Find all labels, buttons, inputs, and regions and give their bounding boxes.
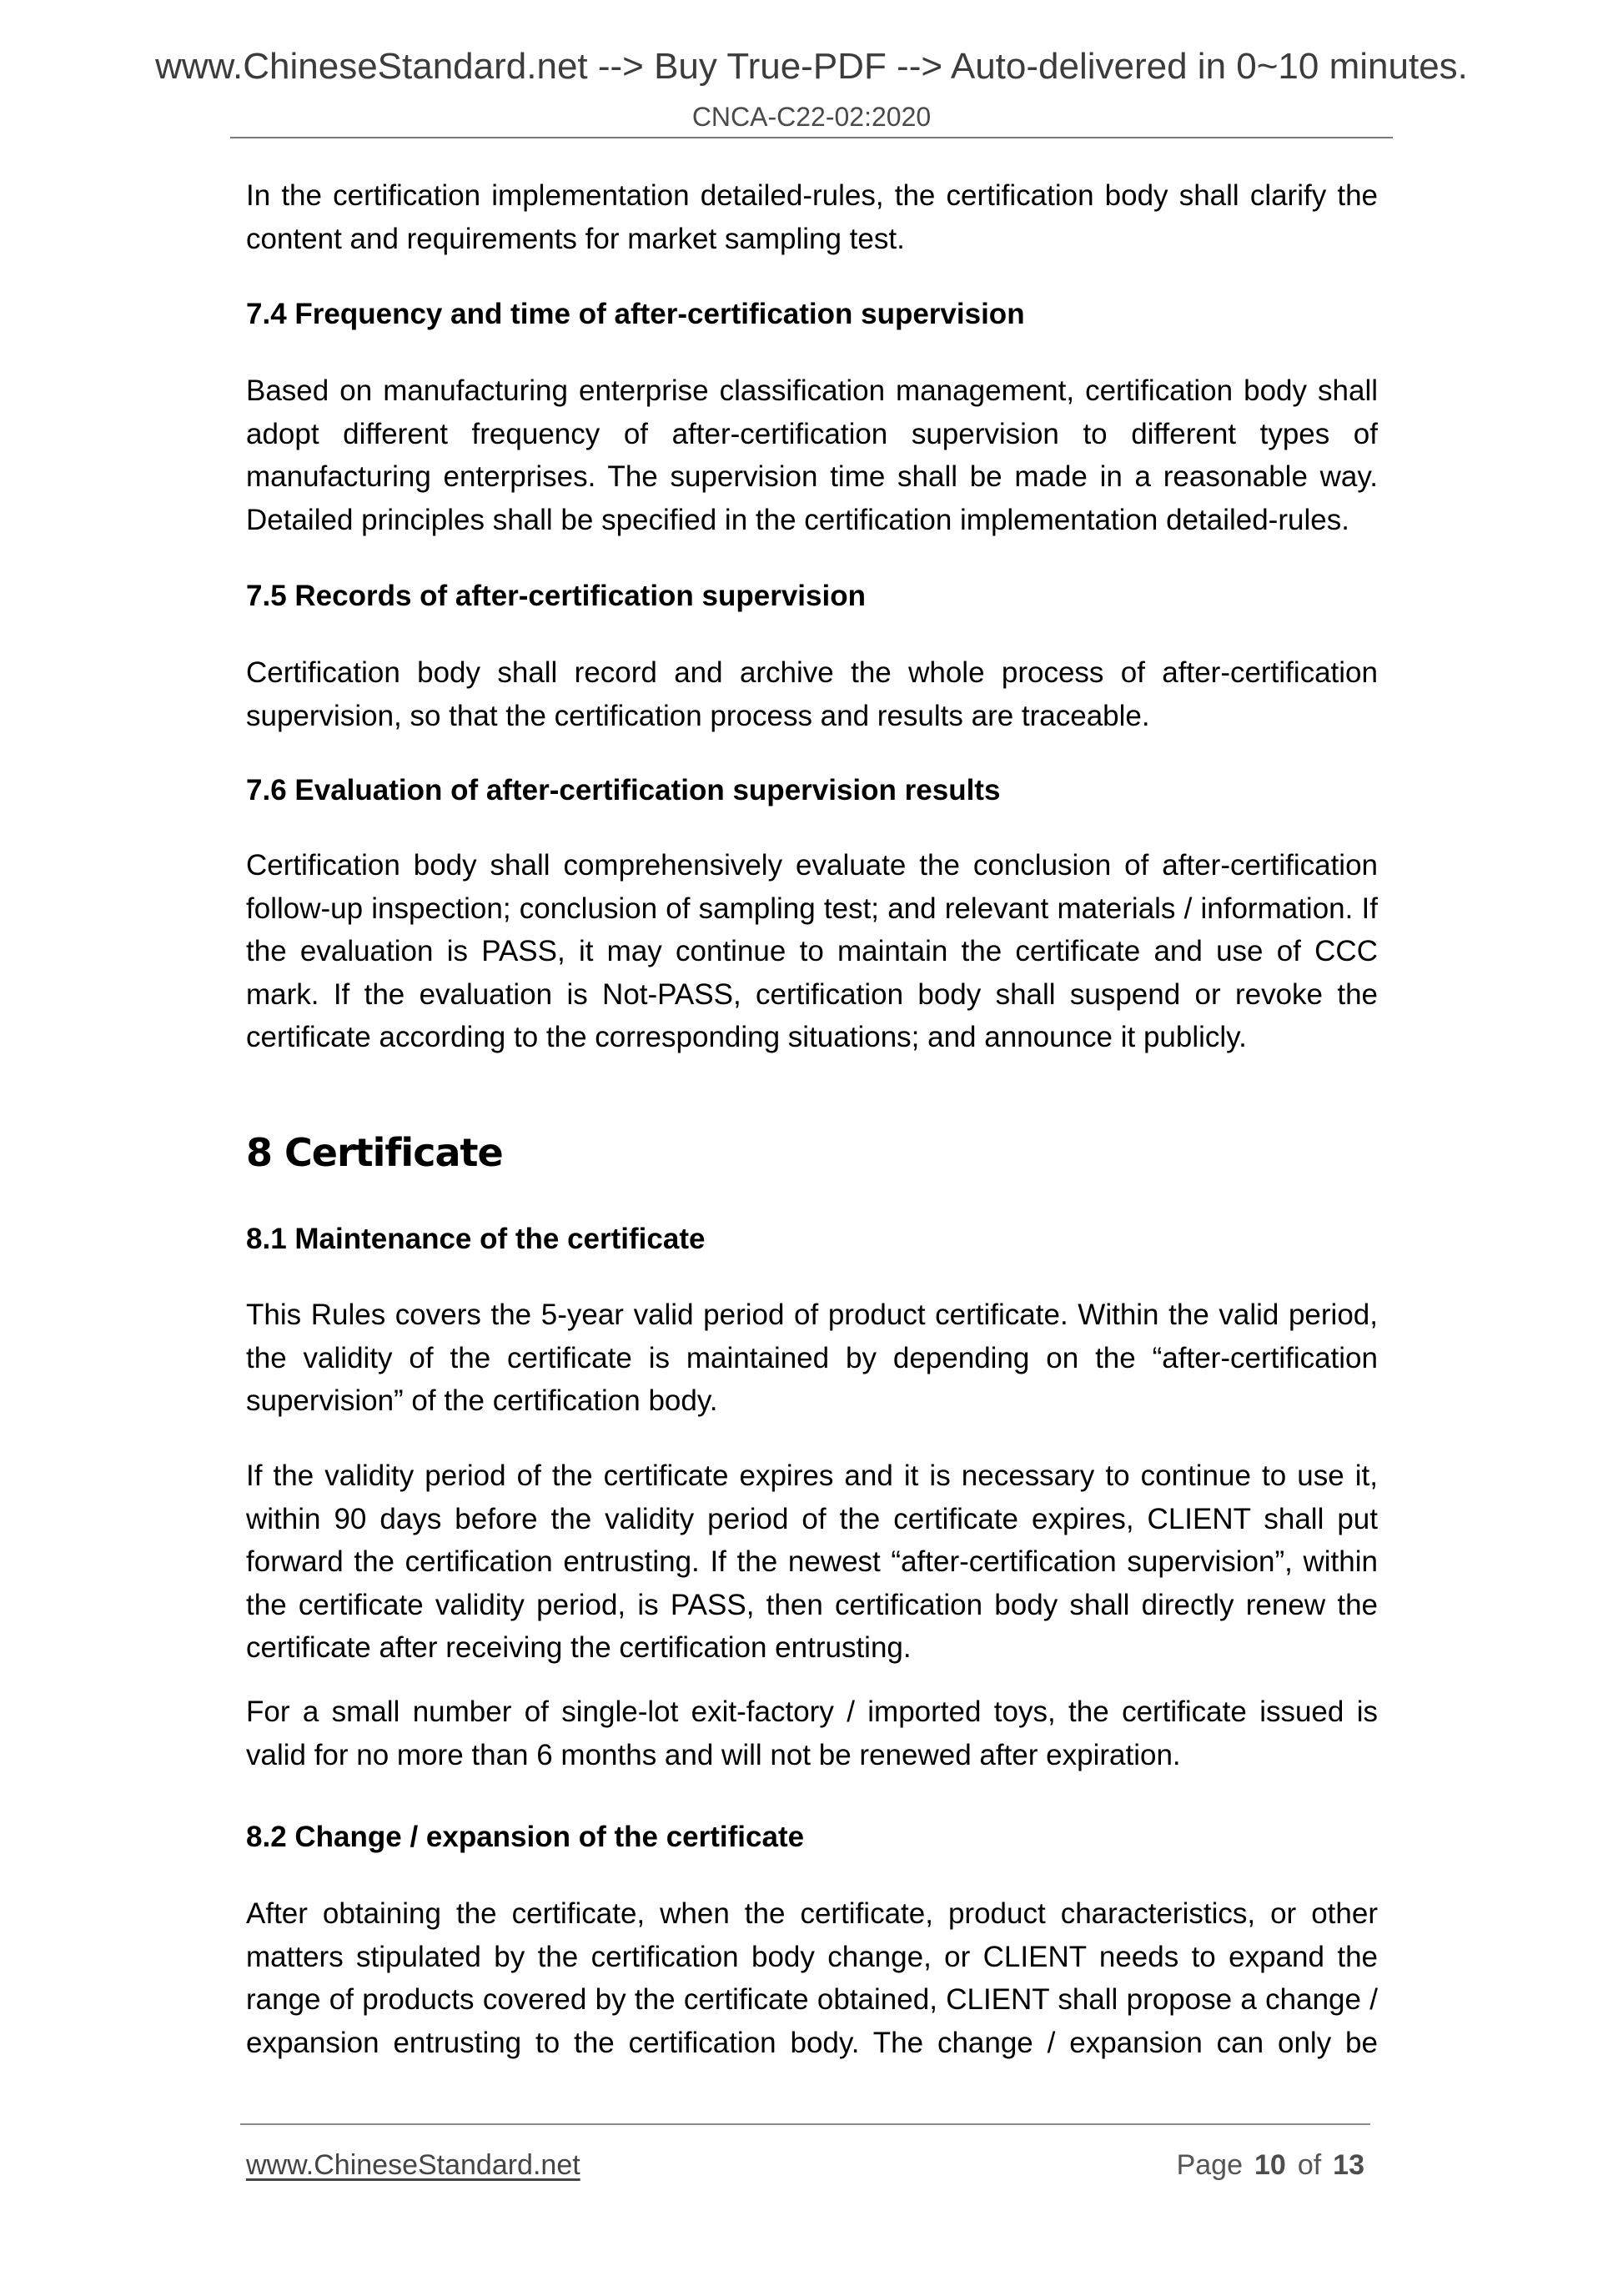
intro-paragraph: In the certification implementation deta… — [246, 174, 1378, 260]
section-7-5-heading: 7.5 Records of after-certification super… — [246, 575, 1378, 618]
footer-site-link[interactable]: www.ChineseStandard.net — [246, 2148, 580, 2183]
page-of-label: of — [1298, 2149, 1321, 2181]
section-8-2-heading: 8.2 Change / expansion of the certificat… — [246, 1816, 1378, 1859]
header-banner: www.ChineseStandard.net --> Buy True-PDF… — [0, 43, 1623, 90]
section-7-4-paragraph: Based on manufacturing enterprise classi… — [246, 369, 1378, 541]
section-8-1-paragraph-1: This Rules covers the 5-year valid perio… — [246, 1294, 1378, 1423]
page-label: Page — [1177, 2149, 1243, 2181]
section-8-1-paragraph-2: If the validity period of the certificat… — [246, 1454, 1378, 1670]
section-8-2-paragraph: After obtaining the certificate, when th… — [246, 1892, 1378, 2064]
section-7-5-paragraph: Certification body shall record and arch… — [246, 651, 1378, 737]
section-8-1-paragraph-3: For a small number of single-lot exit-fa… — [246, 1691, 1378, 1776]
section-7-6-heading: 7.6 Evaluation of after-certification su… — [246, 769, 1378, 812]
section-8-1-heading: 8.1 Maintenance of the certificate — [246, 1218, 1378, 1261]
document-code: CNCA-C22-02:2020 — [0, 100, 1623, 133]
section-7-6-paragraph: Certification body shall comprehensively… — [246, 844, 1378, 1059]
section-7-4-heading: 7.4 Frequency and time of after-certific… — [246, 293, 1378, 336]
page-current: 10 — [1254, 2149, 1286, 2181]
page-total: 13 — [1333, 2149, 1364, 2181]
page-number: Page10of13 — [1177, 2148, 1364, 2183]
chapter-8-heading: 8 Certificate — [246, 1128, 503, 1178]
footer-divider — [240, 2123, 1370, 2125]
header-divider — [230, 137, 1393, 138]
